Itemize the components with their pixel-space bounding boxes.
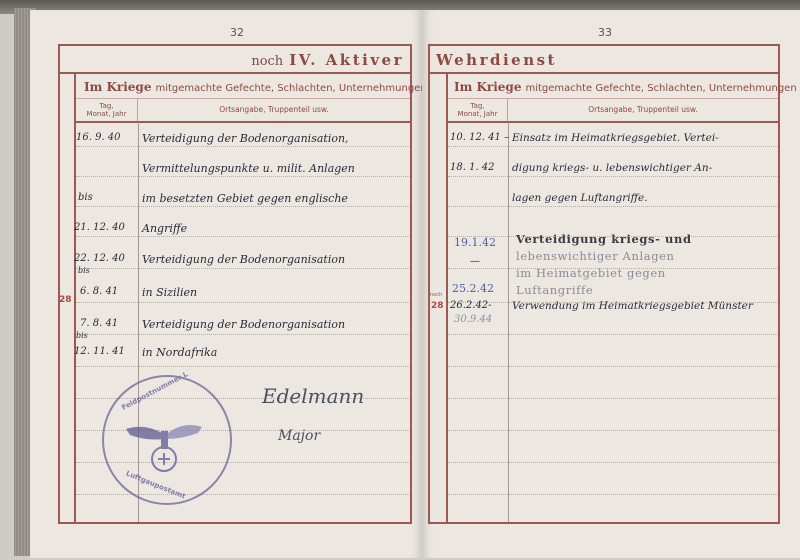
margin-column — [430, 74, 448, 522]
entry-text: Verteidigung der Bodenorganisation — [142, 253, 345, 266]
page-number: 33 — [598, 26, 612, 39]
entry-text: Einsatz im Heimatkriegsgebiet. Vertei- — [512, 132, 719, 144]
entry-text: lagen gegen Luftangriffe. — [512, 192, 648, 204]
stamped-line: Luftangriffe — [516, 283, 593, 297]
entry-text: Verteidigung der Bodenorganisation, — [142, 132, 349, 145]
entry-date: bis — [76, 331, 88, 340]
entry-date: 6. 8. 41 — [80, 286, 118, 297]
section-header: Im Kriegemitgemachte Gefechte, Schlachte… — [84, 80, 427, 94]
ruled-line — [448, 146, 778, 147]
ruled-line — [76, 494, 410, 495]
ruled-line — [76, 206, 410, 207]
page-title: nochIV. Aktiver — [251, 51, 404, 69]
official-stamp: Feldpostnummer L Luftgaupostamt — [102, 375, 232, 505]
stamped-entry-dash: — — [470, 256, 480, 267]
ruled-line — [448, 176, 778, 177]
stamped-line: im Heimatgebiet gegen — [516, 266, 666, 280]
entry-date: 18. 1. 42 — [450, 162, 495, 173]
date-column-header: Tag, Monat, Jahr — [448, 99, 508, 121]
entry-date: 10. 12. 41 – — [450, 132, 509, 143]
page-frame: Wehrdienst noch 28 Im Kriegemitgemachte … — [428, 44, 780, 524]
entry-text: Angriffe — [142, 222, 187, 235]
entry-text: digung kriegs- u. lebenswichtiger An- — [512, 162, 712, 174]
date-column-header: Tag, Monat, Jahr — [76, 99, 138, 121]
entry-date: 21. 12. 40 — [74, 222, 125, 233]
ruled-line — [448, 494, 778, 495]
eagle-emblem-icon — [124, 415, 204, 475]
ruled-line — [448, 334, 778, 335]
ruled-line — [448, 206, 778, 207]
entry-date: 22. 12. 40 — [74, 253, 125, 264]
ruled-line — [76, 146, 410, 147]
page-title: Wehrdienst — [436, 51, 557, 69]
stamped-line: lebenswichtiger Anlagen — [516, 249, 675, 263]
page-number: 32 — [230, 26, 244, 39]
location-column-header: Ortsangabe, Truppenteil usw. — [508, 99, 778, 121]
entry-date: 12. 11. 41 — [74, 346, 125, 357]
location-column-header: Ortsangabe, Truppenteil usw. — [138, 99, 410, 121]
column-headers: Tag, Monat, Jahr Ortsangabe, Truppenteil… — [448, 98, 778, 123]
signature-rank: Major — [278, 428, 320, 444]
entry-text: im besetzten Gebiet gegen englische — [142, 192, 348, 205]
title-bar: nochIV. Aktiver — [60, 46, 410, 74]
stamped-entry-date-from: 19.1.42 — [454, 236, 496, 249]
entry-text: Verwendung im Heimatkriegsgebiet Münster — [512, 300, 753, 312]
entry-text: in Nordafrika — [142, 346, 217, 359]
ruled-line — [76, 176, 410, 177]
ruled-line — [76, 302, 410, 303]
entry-text: Verteidigung der Bodenorganisation — [142, 318, 345, 331]
title-bar: Wehrdienst — [430, 46, 778, 74]
ruled-line — [448, 430, 778, 431]
row-marker: 28 — [59, 295, 72, 305]
entry-date: 7. 8. 41 — [80, 318, 118, 329]
right-page: 33 Wehrdienst noch 28 Im Kriegemitgemach… — [422, 10, 800, 558]
ruled-line — [76, 366, 410, 367]
column-headers: Tag, Monat, Jahr Ortsangabe, Truppenteil… — [76, 98, 410, 123]
section-header: Im Kriegemitgemachte Gefechte, Schlachte… — [454, 80, 797, 94]
ruled-line — [448, 366, 778, 367]
ruled-line — [76, 268, 410, 269]
entry-text: Vermittelungspunkte u. milit. Anlagen — [142, 162, 355, 175]
ruled-line — [76, 236, 410, 237]
ruled-line — [448, 398, 778, 399]
stamped-entry-date-to: 25.2.42 — [452, 282, 494, 295]
row-marker: 28 — [431, 301, 444, 311]
row-marker-prefix: noch — [430, 292, 442, 298]
entry-date: bis — [78, 192, 93, 203]
entry-date: 30.9.44 — [454, 314, 492, 325]
entry-text: in Sizilien — [142, 286, 197, 299]
stamped-line: Verteidigung kriegs- und — [516, 232, 692, 246]
entry-date: 26.2.42- — [450, 300, 492, 311]
signature-name: Edelmann — [262, 384, 364, 408]
ruled-line — [76, 334, 410, 335]
entry-date: bis — [78, 266, 90, 275]
entry-date: 16. 9. 40 — [76, 132, 121, 143]
ruled-line — [448, 462, 778, 463]
left-page: 32 nochIV. Aktiver 28 Im Kriegemitgemach… — [30, 10, 422, 558]
